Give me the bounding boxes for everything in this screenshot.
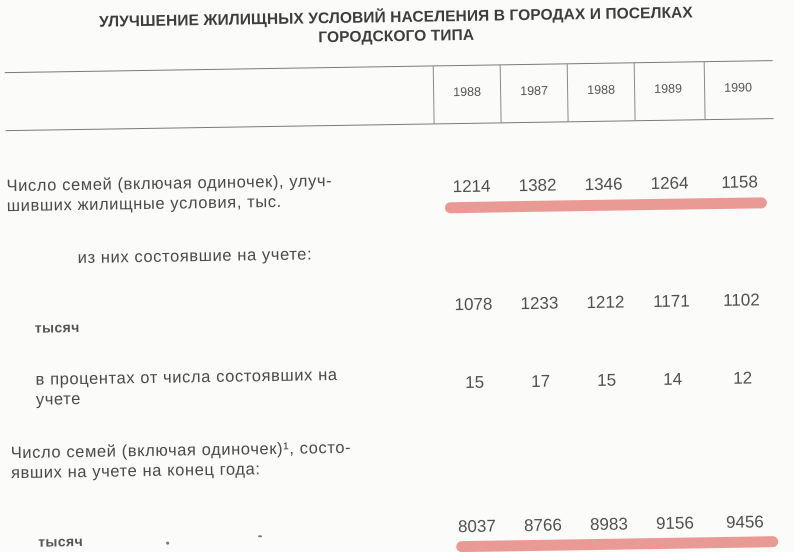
table-cell: 1102 bbox=[708, 290, 774, 311]
table-cell: 1171 bbox=[638, 291, 704, 312]
year-header-cell: 1989 bbox=[635, 81, 701, 96]
highlight-marker bbox=[456, 536, 778, 552]
scanned-page: УЛУЧШЕНИЕ ЖИЛИЩНЫХ УСЛОВИЙ НАСЕЛЕНИЯ В Г… bbox=[0, 0, 794, 552]
table-cell: 17 bbox=[508, 371, 574, 392]
row-label-percent-registered: в процентах от числа состоявших на учете bbox=[35, 365, 338, 410]
header-bottom-rule bbox=[6, 118, 774, 131]
table-cell: 14 bbox=[640, 369, 706, 390]
label-line: явших на учете на конец года: bbox=[11, 458, 352, 483]
table-cell: 1212 bbox=[572, 292, 638, 313]
scan-speck bbox=[258, 535, 262, 537]
year-header-cell: 1988 bbox=[568, 82, 634, 97]
table-cell: 9156 bbox=[642, 513, 708, 534]
table-cell: 8037 bbox=[444, 516, 510, 537]
label-line: тысяч bbox=[38, 531, 83, 552]
table-cell: 1346 bbox=[570, 174, 636, 195]
table-cell: 9456 bbox=[712, 512, 778, 533]
label-line: шивших жилищные условия, тыс. bbox=[7, 191, 333, 216]
table-cell: 8766 bbox=[510, 515, 576, 536]
row-label-thousands: тысяч bbox=[35, 317, 80, 338]
table-cell: 1158 bbox=[706, 172, 772, 193]
table-cell: 1382 bbox=[504, 175, 570, 196]
table-cell: 1264 bbox=[636, 173, 702, 194]
table-cell: 1214 bbox=[438, 176, 504, 197]
table-cell: 1078 bbox=[440, 294, 506, 315]
table-cell: 8983 bbox=[576, 514, 642, 535]
label-line: тысяч bbox=[35, 317, 80, 338]
table-cell: 1233 bbox=[506, 293, 572, 314]
year-header-cell: 1990 bbox=[705, 80, 771, 95]
label-line: из них состоявшие на учете: bbox=[78, 244, 313, 268]
row-label-registered-subheading: из них состоявшие на учете: bbox=[78, 244, 313, 268]
scan-speck bbox=[166, 542, 169, 545]
year-header-cell: 1988 bbox=[434, 84, 500, 99]
table-cell: 15 bbox=[574, 370, 640, 391]
highlight-marker bbox=[445, 197, 767, 213]
header-top-rule bbox=[5, 60, 773, 73]
row-label-thousands-year-end: тысяч bbox=[38, 531, 83, 552]
year-header-cell: 1987 bbox=[501, 83, 567, 98]
row-label-families-registered-year-end: Число семей (включая одиночек)¹, состо- … bbox=[11, 438, 352, 483]
table-title: УЛУЧШЕНИЕ ЖИЛИЩНЫХ УСЛОВИЙ НАСЕЛЕНИЯ В Г… bbox=[26, 2, 767, 52]
table-cell: 12 bbox=[710, 368, 776, 389]
table-cell: 15 bbox=[442, 372, 508, 393]
row-label-families-improved: Число семей (включая одиночек), улуч- ши… bbox=[6, 171, 332, 216]
